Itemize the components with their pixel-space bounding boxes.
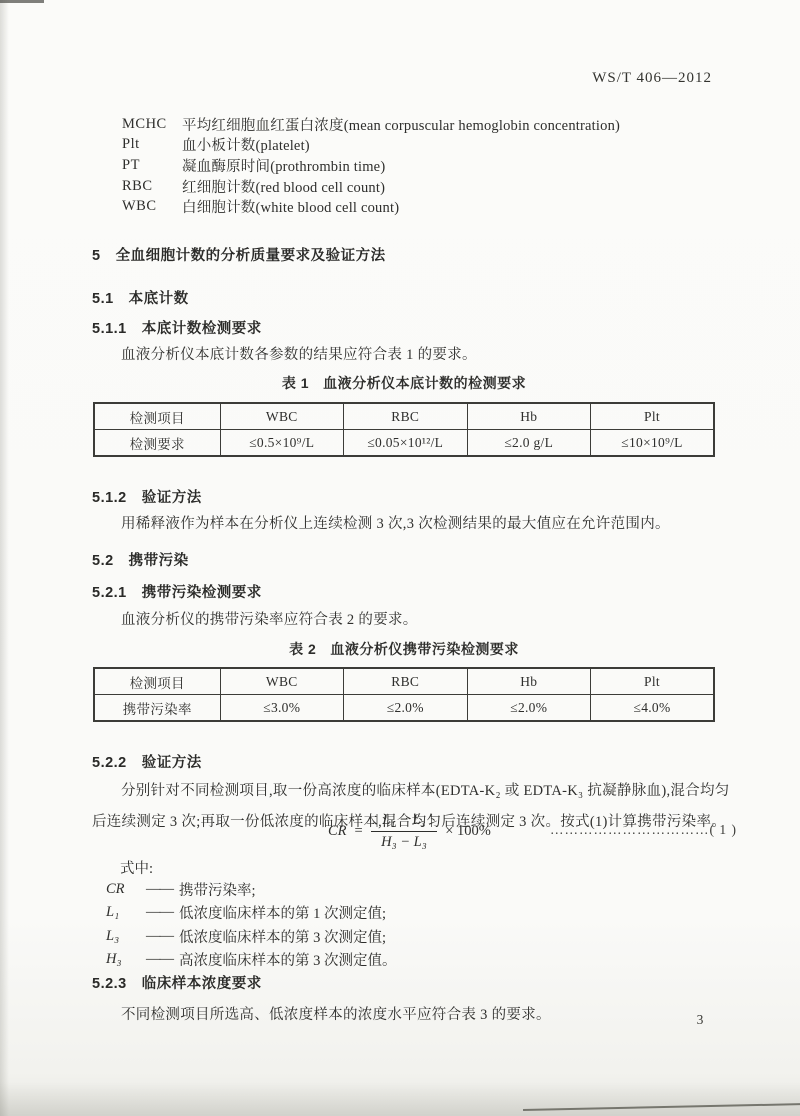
abbreviation-item: MCHC 平均红细胞血红蛋白浓度(mean corpuscular hemogl…	[122, 114, 620, 135]
abbreviation-item: Plt 血小板计数(platelet)	[122, 135, 620, 156]
table2-caption-text: 血液分析仪携带污染检测要求	[330, 641, 519, 657]
page-number: 3	[690, 1012, 710, 1028]
table2-caption: 表 2血液分析仪携带污染检测要求	[92, 639, 716, 659]
section-heading-5-1: 5.1本底计数	[92, 287, 189, 308]
section-number: 5.2.1	[92, 585, 127, 601]
abbrev-definition: 红细胞计数(red blood cell count)	[182, 176, 385, 197]
table2-header-wbc: WBC	[220, 668, 344, 695]
abbrev-term: RBC	[122, 178, 182, 195]
table2-carryover-requirements: 检测项目 WBC RBC Hb Plt 携带污染率 ≤3.0% ≤2.0% ≤2…	[93, 667, 715, 722]
abbrev-definition: 平均红细胞血红蛋白浓度(mean corpuscular hemoglobin …	[182, 114, 620, 135]
table2-header-hb: Hb	[467, 668, 591, 695]
where-symbol: CR	[106, 881, 146, 898]
table1-caption-text: 血液分析仪本底计数的检测要求	[323, 375, 526, 391]
paragraph-5-1-1: 血液分析仪本底计数各参数的结果应符合表 1 的要求。	[92, 345, 740, 366]
table-row: 检测项目 WBC RBC Hb Plt	[94, 403, 714, 430]
table2-header-plt: Plt	[591, 668, 715, 695]
scan-shadow-left	[0, 0, 9, 1116]
abbreviation-item: RBC 红细胞计数(red blood cell count)	[122, 176, 620, 197]
paragraph-5-1-2: 用稀释液作为样本在分析仪上连续检测 3 次,3 次检测结果的最大值应在允许范围内…	[92, 514, 740, 535]
where-symbol: L₁	[106, 904, 146, 921]
where-dash: ——	[146, 904, 173, 921]
where-definition: 携带污染率;	[179, 879, 256, 900]
formula-fraction: | L₁ − L₃ | H₃ − L₃	[371, 812, 437, 851]
section-number: 5.2.3	[92, 976, 127, 992]
table-row: 检测项目 WBC RBC Hb Plt	[94, 668, 714, 695]
where-label: 式中:	[120, 857, 153, 878]
table1-header-rbc: RBC	[344, 403, 468, 430]
scanned-document-page: WS/T 406—2012 MCHC 平均红细胞血红蛋白浓度(mean corp…	[0, 0, 800, 1116]
abbreviation-item: WBC 白细胞计数(white blood cell count)	[122, 196, 620, 217]
table1-value-plt: ≤10×10⁹/L	[591, 430, 715, 457]
where-symbol: L₃	[106, 928, 146, 945]
where-dash: ——	[146, 951, 173, 968]
table2-value-hb: ≤2.0%	[467, 695, 591, 722]
where-definition: 高浓度临床样本的第 3 次测定值。	[179, 949, 397, 970]
abbrev-term: WBC	[122, 198, 182, 215]
table1-value-rbc: ≤0.05×10¹²/L	[344, 430, 468, 457]
where-term-l3: L₃ —— 低浓度临床样本的第 3 次测定值;	[106, 927, 386, 945]
where-term-cr: CR —— 携带污染率;	[106, 880, 256, 898]
section-title: 验证方法	[142, 755, 202, 771]
abbrev-definition: 凝血酶原时间(prothrombin time)	[182, 155, 385, 176]
abbreviation-item: PT 凝血酶原时间(prothrombin time)	[122, 155, 620, 176]
section-number: 5.2.2	[92, 755, 127, 771]
section-number: 5	[92, 248, 101, 264]
formula-multiplier: × 100%	[445, 823, 491, 840]
section-number: 5.1	[92, 291, 114, 307]
formula-equals: =	[355, 823, 363, 840]
section-heading-5: 5全血细胞计数的分析质量要求及验证方法	[92, 244, 386, 265]
section-title: 验证方法	[142, 490, 202, 506]
table1-header-plt: Plt	[591, 403, 715, 430]
table2-value-wbc: ≤3.0%	[220, 695, 344, 722]
where-definition: 低浓度临床样本的第 3 次测定值;	[179, 926, 386, 947]
section-title: 携带污染检测要求	[142, 585, 262, 601]
section-title: 本底计数检测要求	[142, 321, 262, 337]
table1-caption: 表 1血液分析仪本底计数的检测要求	[92, 373, 716, 393]
table1-row-label: 检测要求	[94, 430, 220, 457]
section-title: 临床样本浓度要求	[142, 976, 262, 992]
table1-header-wbc: WBC	[220, 403, 344, 430]
scan-mark-top	[0, 0, 44, 3]
carryover-rate-formula: CR = | L₁ − L₃ | H₃ − L₃ × 100%	[328, 812, 491, 851]
table-row: 携带污染率 ≤3.0% ≤2.0% ≤2.0% ≤4.0%	[94, 695, 714, 722]
table2-value-rbc: ≤2.0%	[344, 695, 468, 722]
document-code: WS/T 406—2012	[592, 70, 712, 87]
paragraph-5-2-1: 血液分析仪的携带污染率应符合表 2 的要求。	[92, 610, 740, 631]
table2-header-rbc: RBC	[344, 668, 468, 695]
table2-header-item: 检测项目	[94, 668, 220, 695]
section-title: 全血细胞计数的分析质量要求及验证方法	[116, 248, 386, 264]
table-row: 检测要求 ≤0.5×10⁹/L ≤0.05×10¹²/L ≤2.0 g/L ≤1…	[94, 430, 714, 457]
where-dash: ——	[146, 881, 173, 898]
where-term-l1: L₁ —— 低浓度临床样本的第 1 次测定值;	[106, 903, 386, 921]
formula-denominator: H₃ − L₃	[371, 832, 437, 851]
table1-value-hb: ≤2.0 g/L	[467, 430, 591, 457]
section-heading-5-2-3: 5.2.3临床样本浓度要求	[92, 972, 262, 993]
table1-header-item: 检测项目	[94, 403, 220, 430]
where-symbol: H₃	[106, 951, 146, 968]
formula-numerator: | L₁ − L₃ |	[371, 812, 437, 832]
table1-caption-label: 表 1	[282, 375, 309, 391]
table1-background-count-requirements: 检测项目 WBC RBC Hb Plt 检测要求 ≤0.5×10⁹/L ≤0.0…	[93, 402, 715, 457]
section-number: 5.1.2	[92, 490, 127, 506]
abbrev-definition: 血小板计数(platelet)	[182, 134, 310, 155]
section-heading-5-1-2: 5.1.2验证方法	[92, 486, 202, 507]
table2-caption-label: 表 2	[289, 641, 316, 657]
equation-number-leader: ……………………………( 1 )	[550, 822, 737, 838]
abbrev-term: MCHC	[122, 116, 182, 133]
paragraph-5-2-3: 不同检测项目所选高、低浓度样本的浓度水平应符合表 3 的要求。	[92, 1005, 740, 1026]
where-term-h3: H₃ —— 高浓度临床样本的第 3 次测定值。	[106, 950, 397, 968]
table2-row-label: 携带污染率	[94, 695, 220, 722]
abbrev-term: Plt	[122, 136, 182, 153]
section-heading-5-1-1: 5.1.1本底计数检测要求	[92, 317, 262, 338]
section-heading-5-2: 5.2携带污染	[92, 549, 189, 570]
table1-header-hb: Hb	[467, 403, 591, 430]
where-definition: 低浓度临床样本的第 1 次测定值;	[179, 902, 386, 923]
section-title: 本底计数	[129, 291, 189, 307]
formula-lhs: CR	[328, 823, 347, 840]
section-heading-5-2-2: 5.2.2验证方法	[92, 751, 202, 772]
scan-shadow-bottom	[0, 1082, 800, 1116]
abbreviation-list: MCHC 平均红细胞血红蛋白浓度(mean corpuscular hemogl…	[122, 114, 620, 217]
where-dash: ——	[146, 928, 173, 945]
table2-value-plt: ≤4.0%	[591, 695, 715, 722]
abbrev-term: PT	[122, 157, 182, 174]
section-title: 携带污染	[129, 553, 189, 569]
table1-value-wbc: ≤0.5×10⁹/L	[220, 430, 344, 457]
section-heading-5-2-1: 5.2.1携带污染检测要求	[92, 581, 262, 602]
abbrev-definition: 白细胞计数(white blood cell count)	[182, 196, 399, 217]
section-number: 5.1.1	[92, 321, 127, 337]
section-number: 5.2	[92, 553, 114, 569]
